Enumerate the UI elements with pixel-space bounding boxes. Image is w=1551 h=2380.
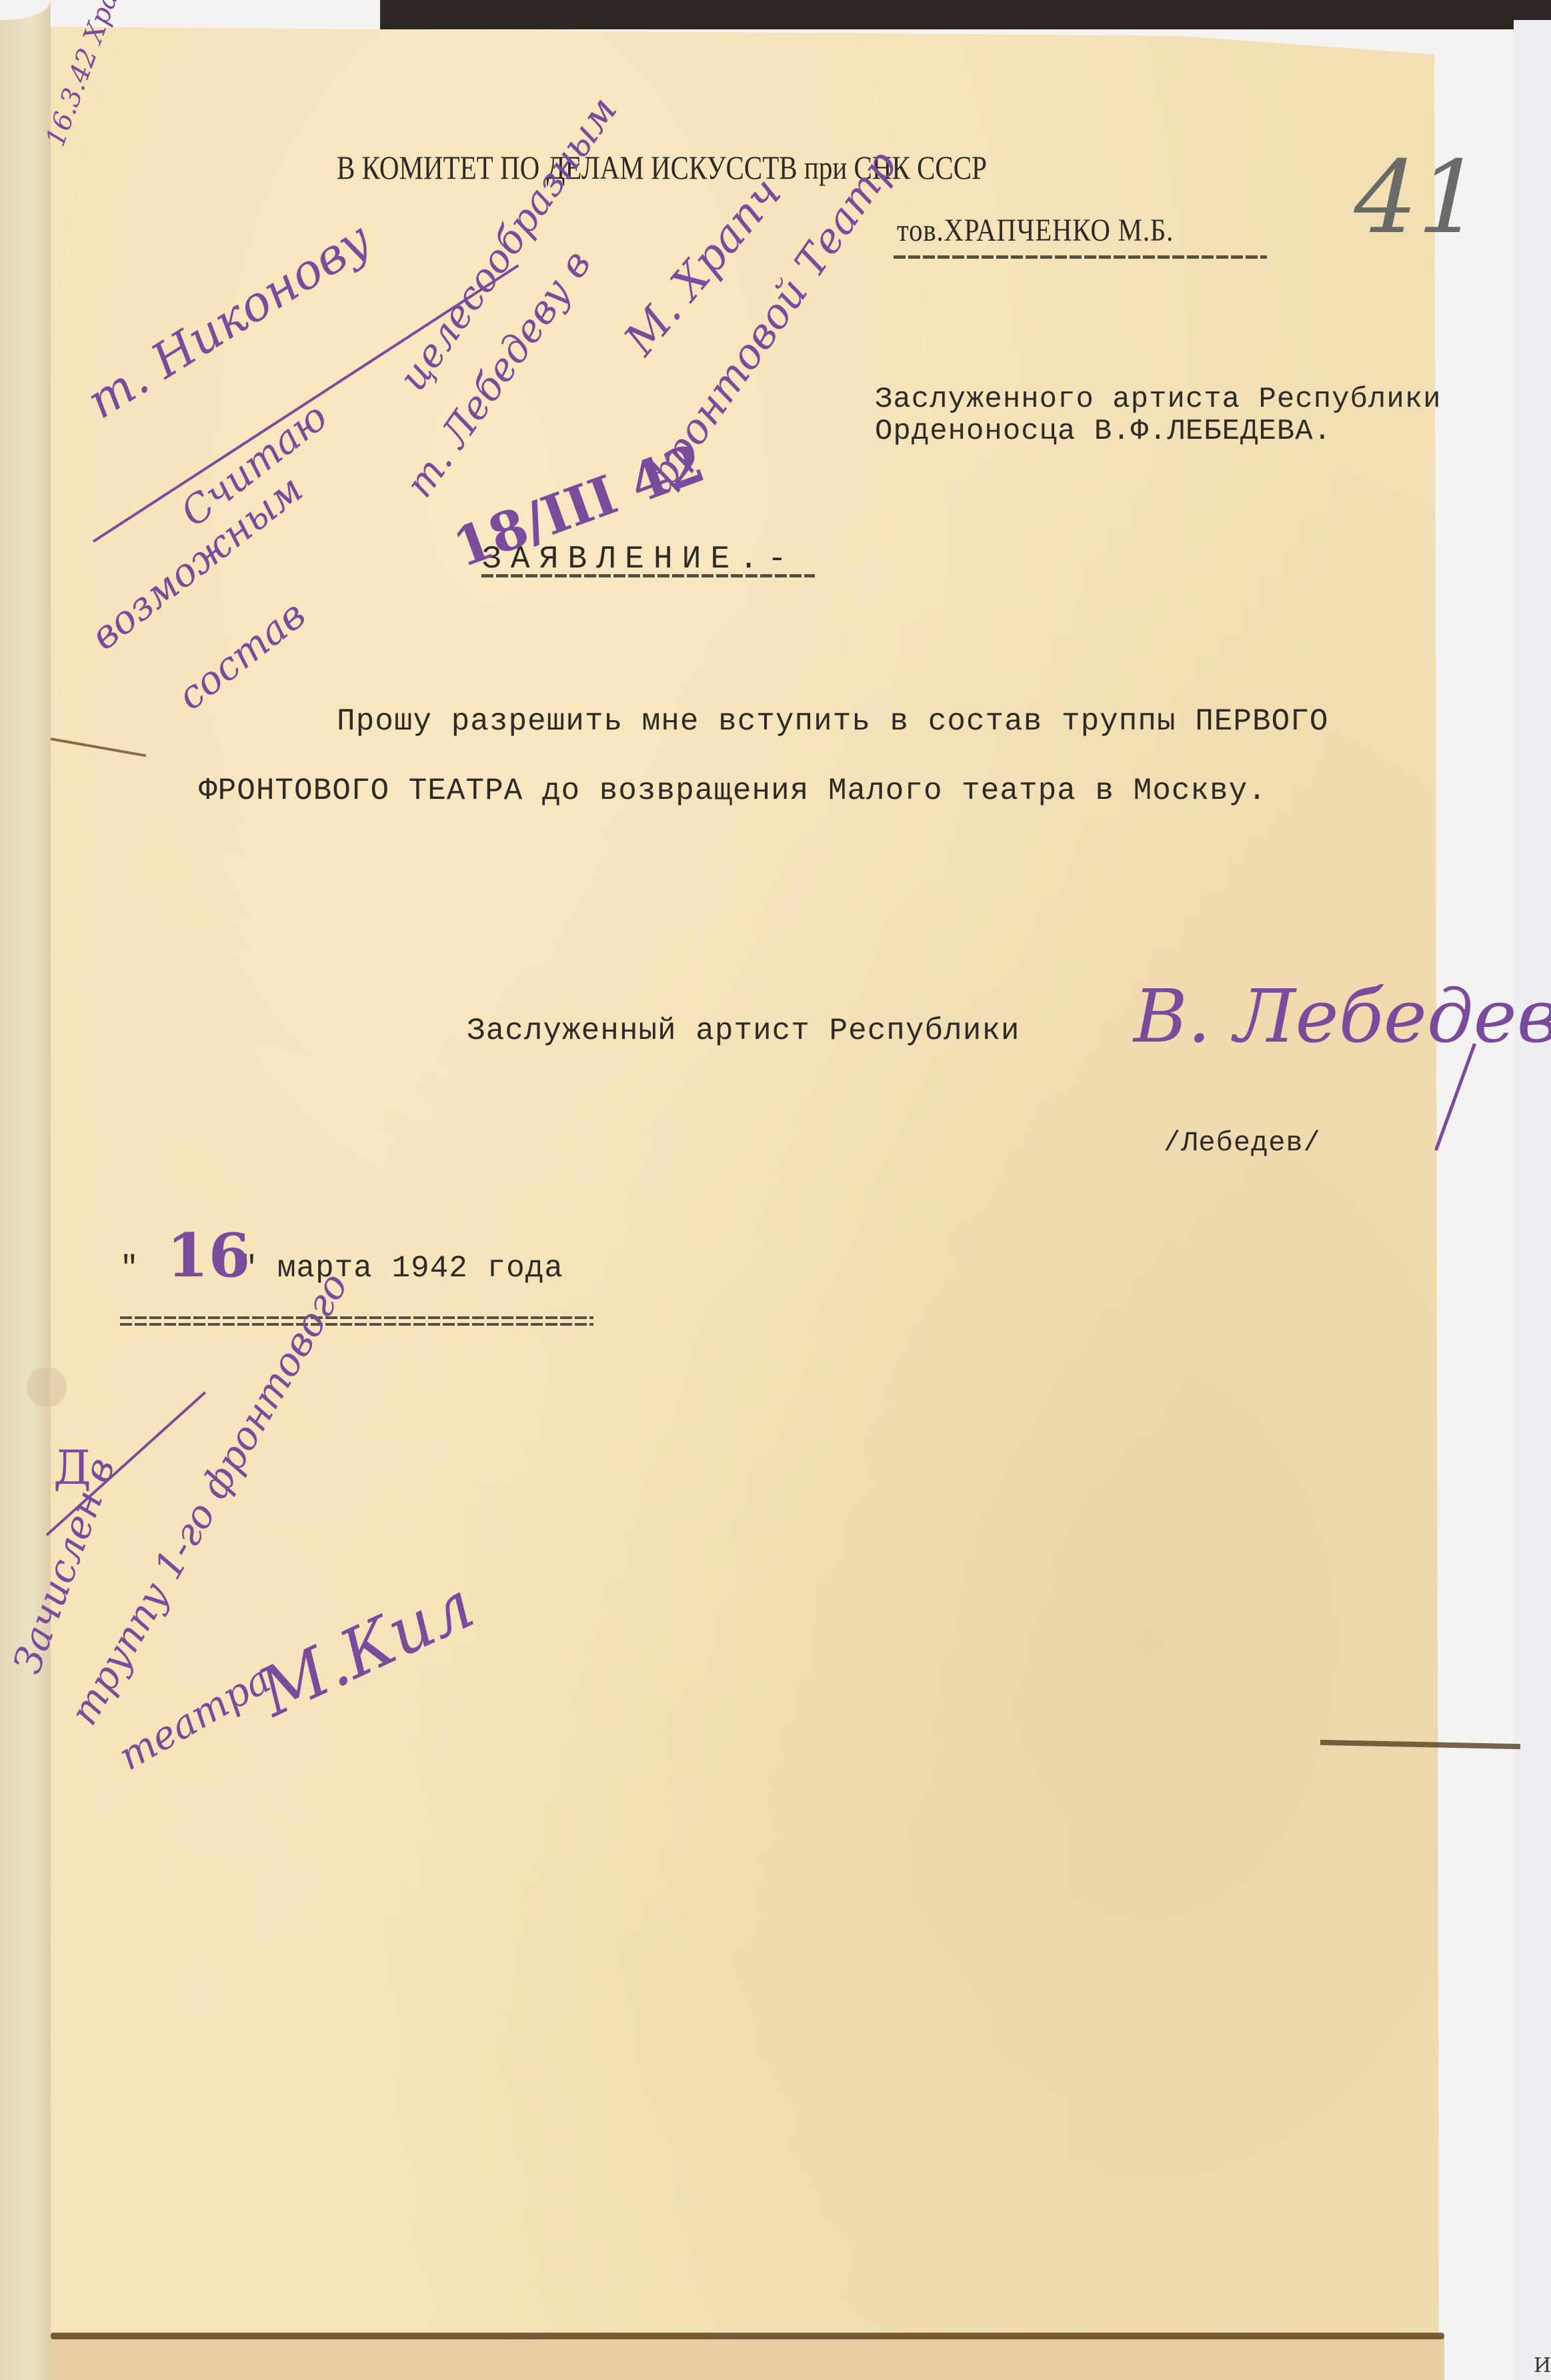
signature-caption: Заслуженный артист Республики — [467, 1014, 1020, 1048]
typed-name: /Лебедев/ — [1164, 1127, 1321, 1159]
folio-number: 41 — [1342, 140, 1494, 256]
person-underline — [894, 255, 1267, 259]
underlying-page-text: И — [1534, 2354, 1551, 2377]
body-line-1: Прошу разрешить мне вступить в состав тр… — [337, 704, 1328, 739]
body-line-2: ФРОНТОВОГО ТЕАТРА до возвращения Малого … — [199, 774, 1267, 808]
date-underline-2 — [120, 1323, 593, 1326]
page-bottom-tear — [51, 2333, 1444, 2339]
scan-background-dark — [380, 0, 1551, 29]
scan-background-white — [1514, 20, 1551, 2380]
header-person: тов.ХРАПЧЕНКО М.Б. — [897, 212, 1174, 249]
title-underline — [481, 574, 815, 577]
document-page — [51, 27, 1515, 2337]
underlying-page — [51, 2337, 1444, 2380]
signature-flourish — [1434, 1043, 1476, 1150]
binding-spine — [0, 0, 51, 2380]
handwritten-signature: В. Лебедев — [1134, 974, 1551, 1059]
date-underline-1 — [120, 1316, 593, 1319]
sender-line-2: Орденоносца В.Ф.ЛЕБЕДЕВА. — [875, 415, 1332, 448]
date-day-handwritten: 16 — [167, 1220, 250, 1291]
page-damage-patch — [27, 1367, 67, 1407]
date-open-quote: " — [120, 1251, 139, 1286]
sender-line-1: Заслуженного артиста Республики — [875, 383, 1442, 416]
